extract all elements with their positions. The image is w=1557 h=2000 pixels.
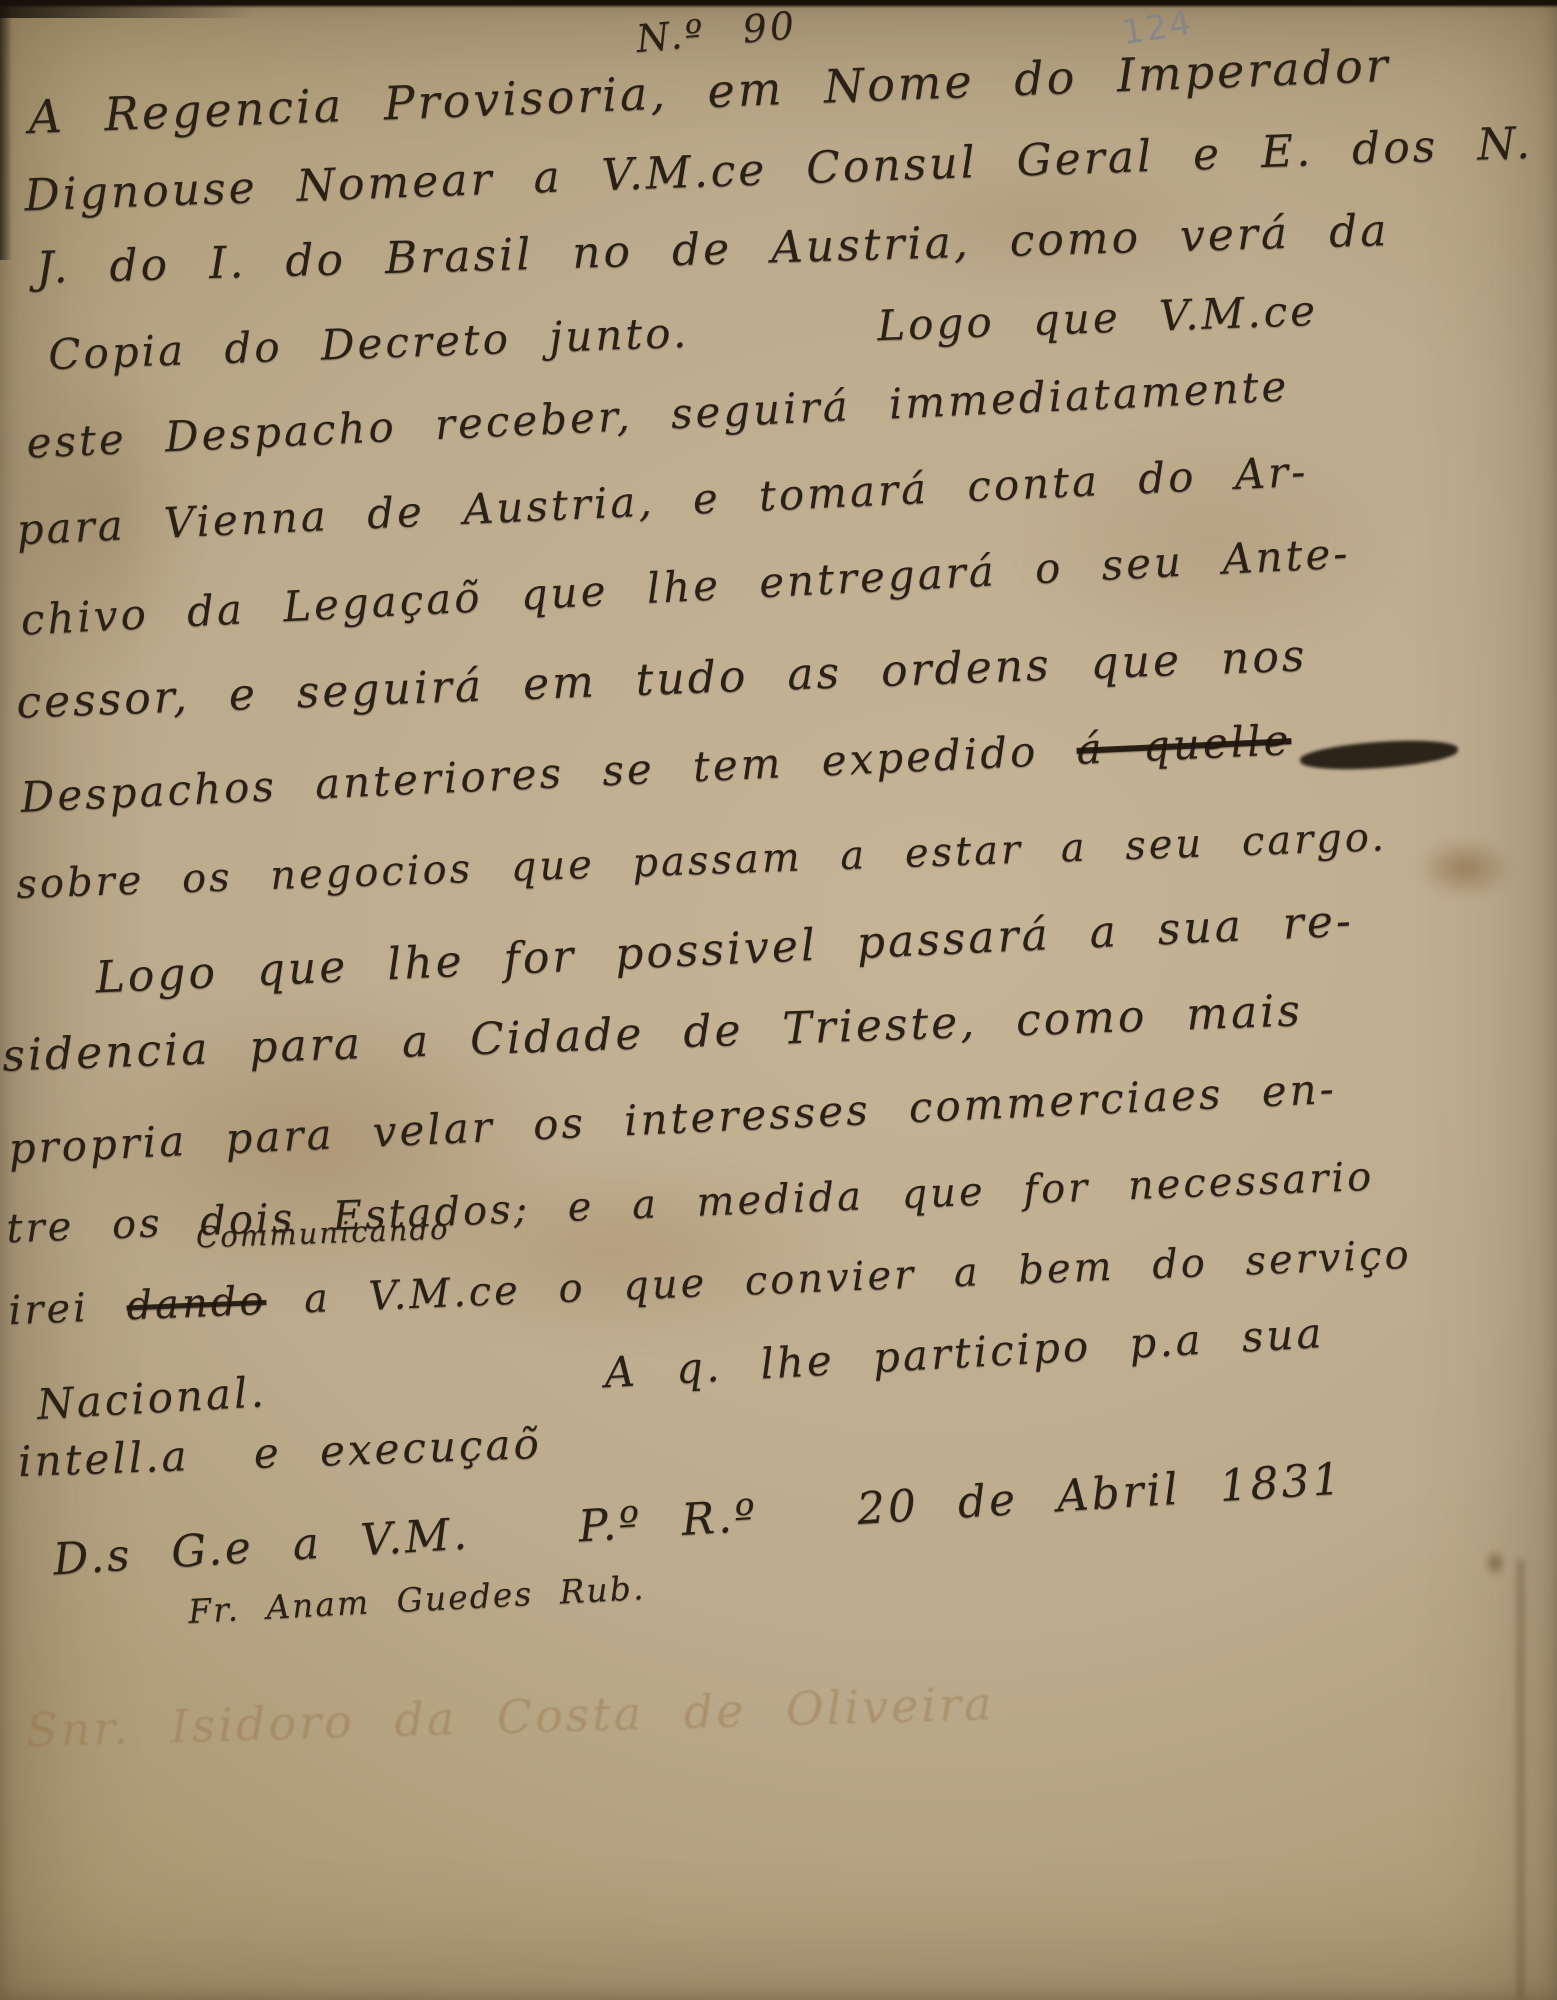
line-segment: irei bbox=[8, 1285, 90, 1334]
place-abbreviation: P.º R.º bbox=[577, 1490, 760, 1552]
manuscript-line: sobre os negocios que passam a estar a s… bbox=[16, 814, 1388, 908]
line-segment: intell.a bbox=[17, 1431, 190, 1486]
catalog-number: N.º 90 bbox=[634, 3, 798, 61]
page-crease bbox=[1516, 1560, 1525, 2000]
manuscript-line: intell.a e execuçaõ bbox=[17, 1419, 542, 1486]
line-segment: Nacional. bbox=[36, 1367, 268, 1429]
paper-stain bbox=[1400, 828, 1530, 908]
struck-text: á quelle bbox=[1075, 715, 1292, 774]
manuscript-line: sidencia para a Cidade de Trieste, como … bbox=[2, 985, 1304, 1081]
manuscript-line: Copia do Decreto junto. Logo que V.M.ce bbox=[48, 286, 1319, 379]
scan-edge-top-left bbox=[0, 0, 300, 18]
manuscript-page: N.º 90 124 A Regencia Provisoria, em Nom… bbox=[0, 0, 1557, 2000]
manuscript-line: propria para velar os interesses commerc… bbox=[8, 1064, 1338, 1173]
line-segment: Despachos anteriores se tem expedido bbox=[20, 727, 1040, 822]
line-segment: A q. lhe participo p.a sua bbox=[603, 1308, 1326, 1397]
paper-stain bbox=[1480, 1545, 1510, 1581]
manuscript-line: para Vienna de Austria, e tomará conta d… bbox=[16, 447, 1310, 555]
manuscript-line: Logo que lhe for possivel passará a sua … bbox=[94, 895, 1354, 1003]
struck-text: dando bbox=[126, 1278, 268, 1330]
manuscript-line: Nacional. A q. lhe participo p.a sua bbox=[36, 1308, 1326, 1429]
manuscript-line: J. do I. do Brasil no de Austria, como v… bbox=[36, 205, 1391, 294]
line-segment: Logo que V.M.ce bbox=[876, 286, 1318, 350]
manuscript-line: este Despacho receber, seguirá immediata… bbox=[26, 361, 1291, 467]
manuscript-line: chivo da Legaçaõ que lhe entregará o seu… bbox=[20, 528, 1352, 644]
line-segment: e execuçaõ bbox=[253, 1419, 543, 1478]
ink-blot bbox=[1299, 737, 1458, 774]
manuscript-line: Despachos anteriores se tem expedido á q… bbox=[20, 715, 1293, 822]
addressee-line: Snr. Isidoro da Costa de Oliveira bbox=[25, 1676, 995, 1757]
line-segment: Copia do Decreto junto. bbox=[48, 308, 690, 379]
date-text: 20 de Abril 1831 bbox=[855, 1453, 1344, 1534]
signature: Fr. Anam Guedes Rub. bbox=[187, 1568, 646, 1631]
line-segment: a V.M.ce o que convier a bem do serviço bbox=[303, 1232, 1412, 1322]
salute-abbreviation: D.s G.e a V.M. bbox=[52, 1508, 472, 1585]
manuscript-line: cessor, e seguirá em tudo as ordens que … bbox=[15, 630, 1308, 728]
scan-edge-left bbox=[0, 0, 12, 260]
